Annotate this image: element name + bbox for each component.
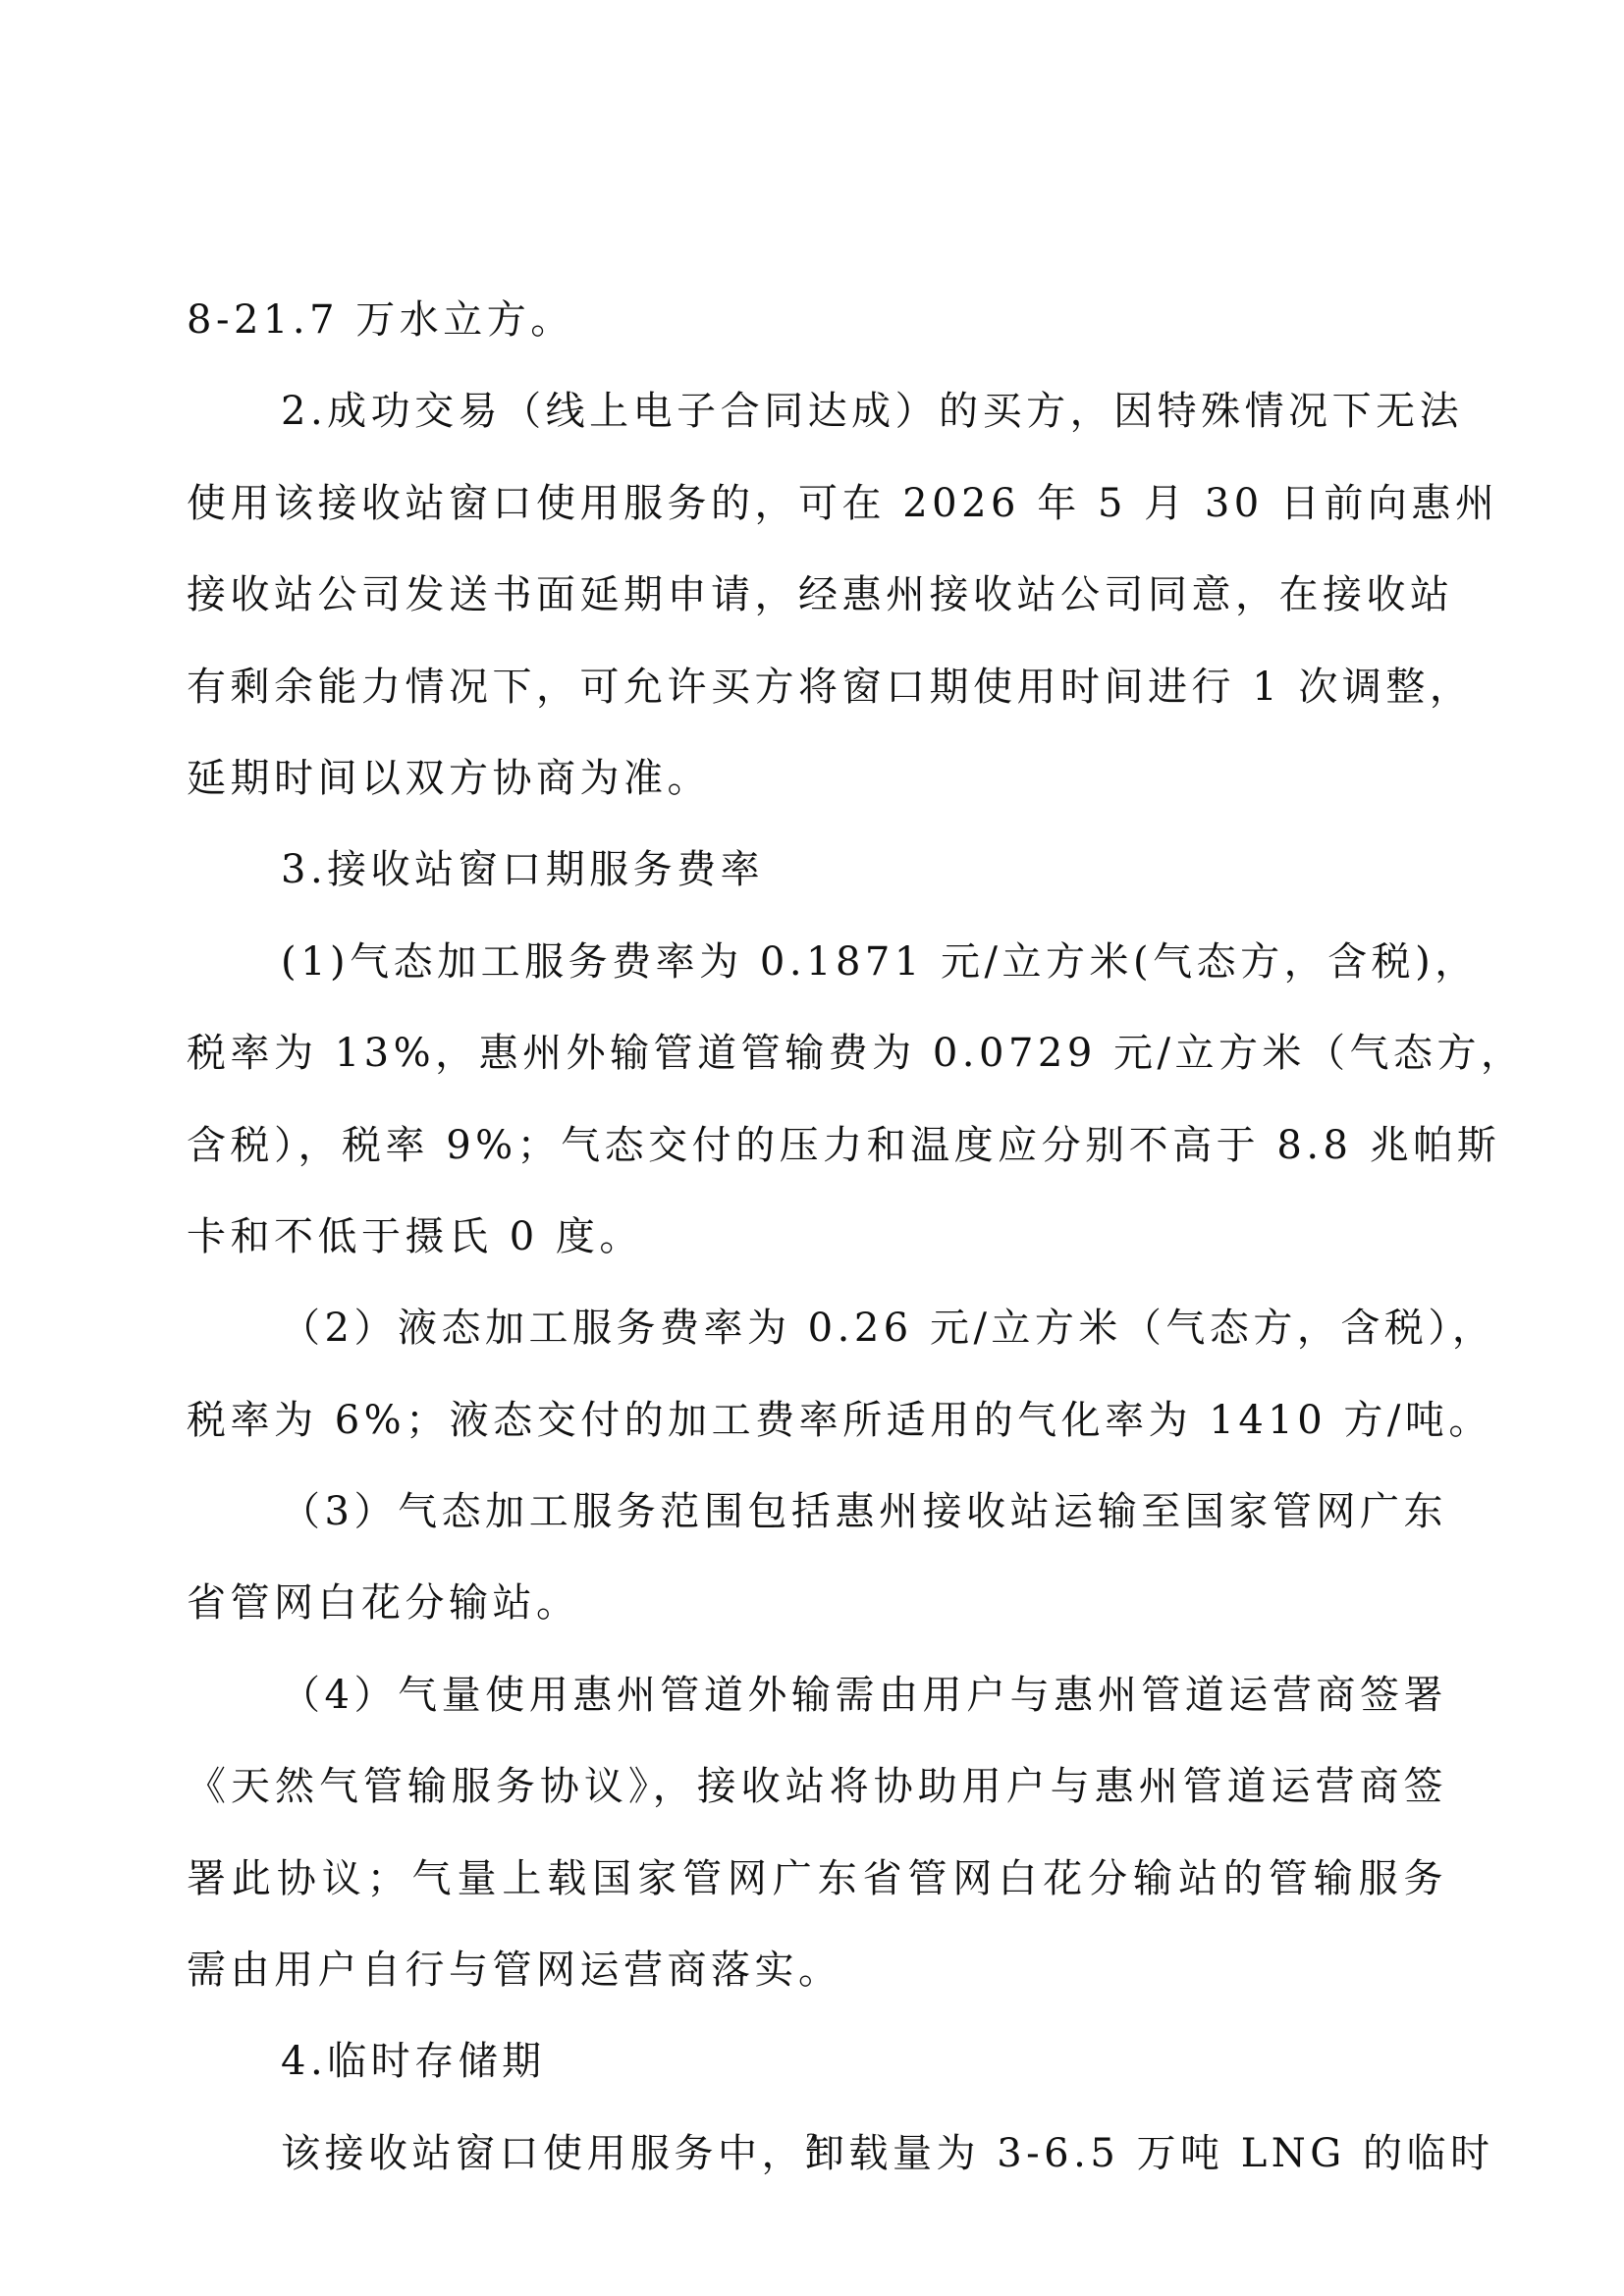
text-line: 8-21.7 万水立方。 bbox=[187, 291, 1447, 382]
item-1-line: (1)气态加工服务费率为 0.1871 元/立方米(气态方，含税)， bbox=[187, 933, 1447, 1024]
text-line: 卡和不低于摄氏 0 度。 bbox=[187, 1207, 1447, 1299]
item-2-line: （2）液态加工服务费率为 0.26 元/立方米（气态方，含税）， bbox=[187, 1299, 1447, 1390]
text-line: 《天然气管输服务协议》，接收站将协助用户与惠州管道运营商签 bbox=[187, 1757, 1447, 1848]
text-line: 税率为 13%，惠州外输管道管输费为 0.0729 元/立方米（气态方， bbox=[187, 1024, 1447, 1115]
text-line: 省管网白花分输站。 bbox=[187, 1574, 1447, 1665]
paragraph-2-heading: 2.成功交易（线上电子合同达成）的买方，因特殊情况下无法 bbox=[187, 382, 1447, 473]
document-body: 8-21.7 万水立方。 2.成功交易（线上电子合同达成）的买方，因特殊情况下无… bbox=[187, 291, 1447, 2216]
text-line: 署此协议；气量上载国家管网广东省管网白花分输站的管输服务 bbox=[187, 1849, 1447, 1941]
text-line: 含税），税率 9%；气态交付的压力和温度应分别不高于 8.8 兆帕斯 bbox=[187, 1116, 1447, 1207]
page-number: 2 bbox=[802, 2128, 822, 2158]
text-line: 使用该接收站窗口使用服务的，可在 2026 年 5 月 30 日前向惠州 bbox=[187, 474, 1447, 565]
text-line: 延期时间以双方协商为准。 bbox=[187, 749, 1447, 840]
section-4-heading: 4.临时存储期 bbox=[187, 2032, 1447, 2123]
text-line: 需由用户自行与管网运营商落实。 bbox=[187, 1941, 1447, 2032]
item-3-line: （3）气态加工服务范围包括惠州接收站运输至国家管网广东 bbox=[187, 1482, 1447, 1574]
item-4-line: （4）气量使用惠州管道外输需由用户与惠州管道运营商签署 bbox=[187, 1666, 1447, 1757]
text-line: 有剩余能力情况下，可允许买方将窗口期使用时间进行 1 次调整， bbox=[187, 658, 1447, 749]
text-line: 接收站公司发送书面延期申请，经惠州接收站公司同意，在接收站 bbox=[187, 565, 1447, 657]
section-3-heading: 3.接收站窗口期服务费率 bbox=[187, 840, 1447, 932]
document-page: 8-21.7 万水立方。 2.成功交易（线上电子合同达成）的买方，因特殊情况下无… bbox=[0, 0, 1624, 2296]
text-line: 税率为 6%；液态交付的加工费率所适用的气化率为 1410 方/吨。 bbox=[187, 1391, 1447, 1482]
